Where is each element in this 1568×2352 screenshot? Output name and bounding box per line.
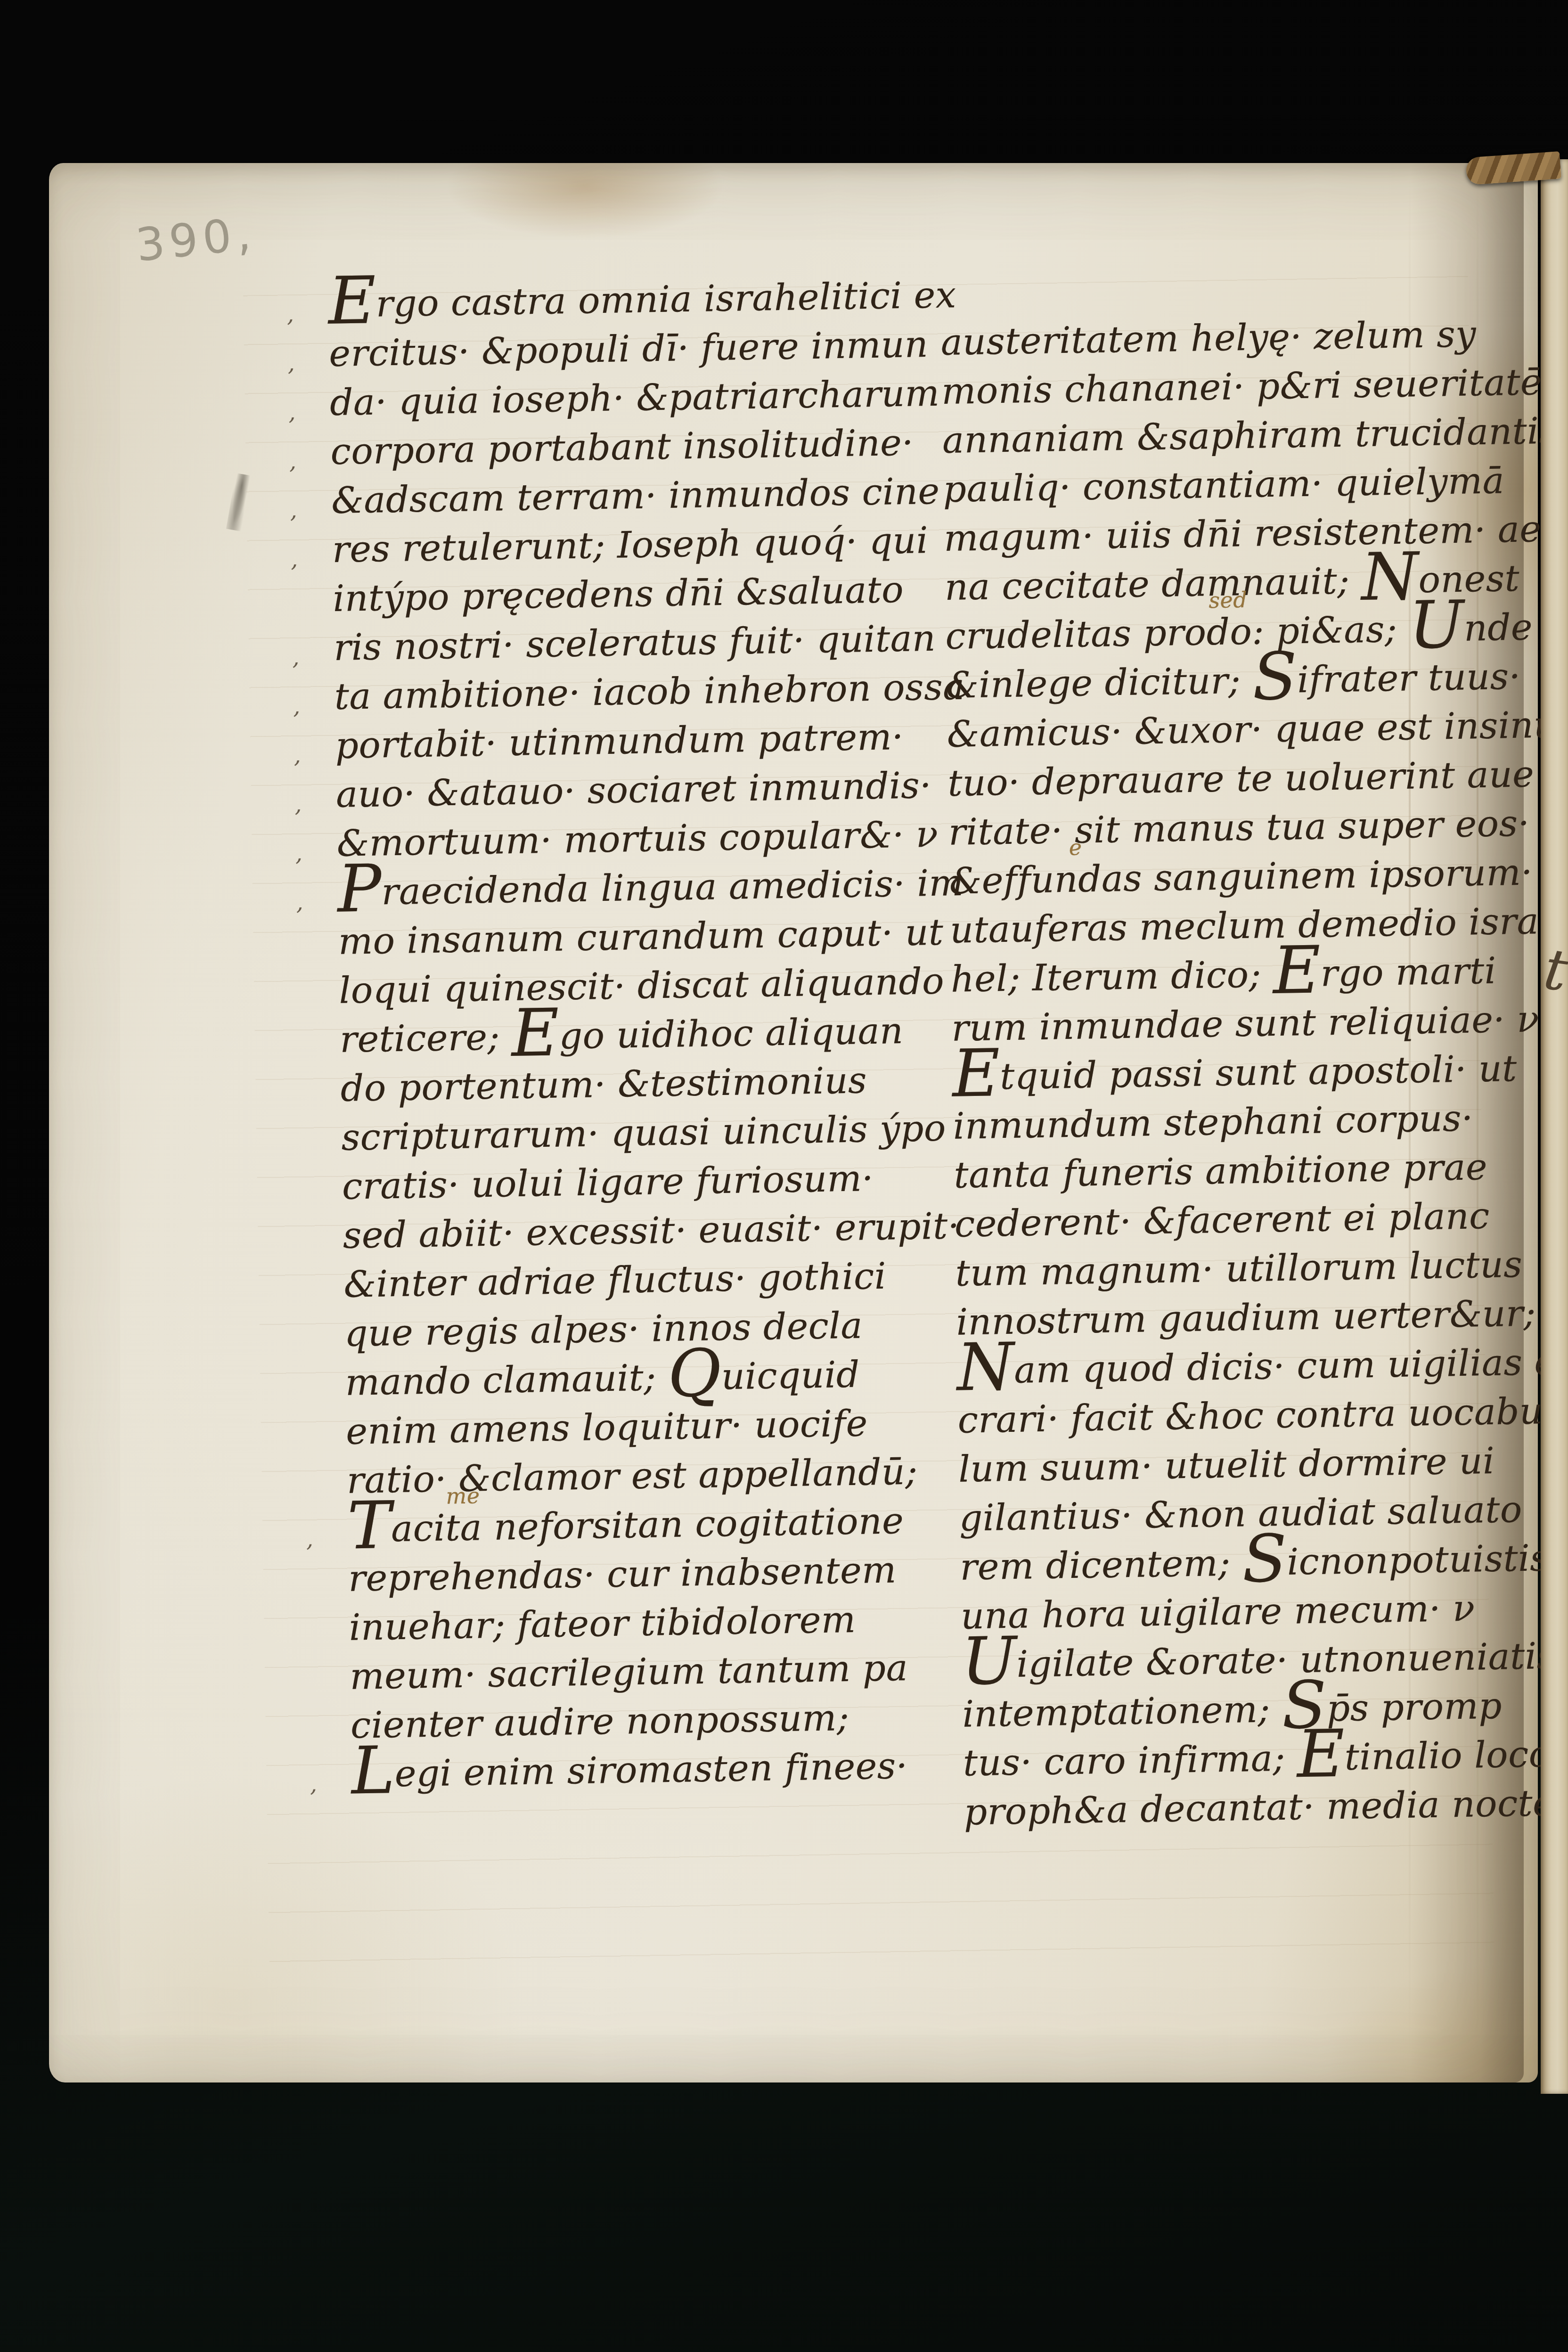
- manuscript-line: rem dicentem; Sicnonpotuistis: [960, 1534, 1540, 1592]
- manuscript-line: intemptationem; Sp̄s promp: [962, 1681, 1542, 1739]
- margin-punctuation-mark: ,: [294, 731, 302, 780]
- manuscript-line: annaniam &saphiram trucidantis·: [942, 408, 1522, 465]
- enlarged-initial: N: [956, 1329, 1015, 1406]
- manuscript-line: Legi enim siromasten finees·: [351, 1741, 950, 1800]
- manuscript-line: que regis alpes· innos decla: [344, 1300, 943, 1359]
- manuscript-line: una hora uigilare mecum· ν: [960, 1583, 1540, 1641]
- enlarged-initial: E: [1272, 931, 1321, 1009]
- manuscript-line: sed abiit· excessit· euasit· erupit·: [343, 1202, 941, 1261]
- margin-punctuation-mark: ,: [296, 878, 304, 927]
- text-column-right: austeritatem helyę· zelum symonis chanan…: [940, 310, 1543, 1837]
- manuscript-line: &inlege dicitur; Sifrater tuus·: [946, 653, 1526, 710]
- margin-punctuation-mark: ,: [290, 535, 298, 584]
- manuscript-line: meum· sacrilegium tantum pa: [350, 1643, 948, 1702]
- manuscript-line: enim amens loquitur· uocife: [346, 1398, 945, 1457]
- manuscript-line: cratis· uolui ligare furiosum·: [342, 1153, 940, 1212]
- manuscript-line: loqui quinescit· discat aliquando: [339, 957, 938, 1016]
- enlarged-initial: P: [337, 850, 382, 927]
- manuscript-line: portabit· utinmundum patrem·: [335, 712, 934, 771]
- manuscript-line: mo insanum curandum caput· ut: [338, 908, 937, 967]
- margin-punctuation-mark: ,: [292, 633, 300, 682]
- enlarged-initial: S: [1252, 638, 1298, 715]
- manuscript-line: scripturarum· quasi uinculis ýpo: [341, 1104, 940, 1163]
- manuscript-line: res retulerunt; Ioseph quoq́· qui: [332, 516, 931, 575]
- manuscript-line: crari· facit &hoc contra uocabu: [957, 1387, 1537, 1445]
- manuscript-line: Etquid passi sunt apostoli· ut: [952, 1044, 1532, 1102]
- manuscript-line: tum magnum· utillorum luctus: [955, 1240, 1535, 1298]
- manuscript-line: tuo· deprauare te uoluerint aue: [947, 751, 1527, 808]
- margin-punctuation-mark: ,: [288, 388, 296, 437]
- enlarged-initial: L: [351, 1732, 395, 1809]
- enlarged-initial: E: [511, 994, 560, 1071]
- manuscript-line: Nam quod dicis· cum uigilias exe: [956, 1338, 1536, 1396]
- enlarged-initial: E: [1296, 1715, 1345, 1793]
- text-column-left: Ergo castra omnia israhelitici exercitus…: [328, 271, 950, 1800]
- interlinear-correction: e: [1069, 836, 1082, 858]
- manuscript-line: innostrum gaudium uerter&ur; ν: [956, 1289, 1536, 1347]
- manuscript-line: Uigilate &orate· utnonueniatis: [961, 1632, 1541, 1690]
- manuscript-line: Tacita neforsitan cogitatione: [347, 1496, 946, 1555]
- manuscript-line: Praecidenda lingua amedicis· im: [337, 859, 936, 918]
- manuscript-line: ercitus· &populi dī· fuere inmun: [329, 320, 928, 379]
- margin-punctuation-mark: ,: [287, 339, 295, 388]
- margin-punctuation-mark: ,: [295, 829, 303, 878]
- margin-punctuation-mark: ,: [294, 780, 302, 829]
- manuscript-line: magum· uiis dn̄i resistentem· aeter: [944, 506, 1524, 563]
- manuscript-line: reticere; Ego uidihoc aliquan: [340, 1006, 939, 1065]
- manuscript-line: lum suum· utuelit dormire ui: [958, 1436, 1538, 1494]
- manuscript-line: reprehendas· cur inabsentem: [348, 1545, 947, 1604]
- margin-punctuation-mark: ,: [289, 437, 297, 486]
- manuscript-line: auo· &atauo· sociaret inmundis·: [335, 761, 934, 820]
- interlinear-correction: sed: [1209, 589, 1247, 611]
- enlarged-initial: Q: [667, 1335, 722, 1412]
- manuscript-line: ritate· sit manus tua super eos·: [948, 800, 1528, 857]
- manuscript-line: monis chananei· p&ri seueritatē;: [941, 359, 1521, 416]
- manuscript-line: cienter audire nonpossum;: [350, 1692, 949, 1751]
- manuscript-line: da· quia ioseph· &patriarcharum: [329, 369, 928, 428]
- margin-punctuation-mark: ,: [310, 1760, 318, 1809]
- manuscript-line: &effundas sanguinem ipsorum·: [949, 849, 1529, 906]
- manuscript-line: &adscam terram· inmundos cine: [331, 467, 930, 526]
- margin-punctuation-mark: ,: [306, 1515, 314, 1564]
- manuscript-line: hel; Iterum dico; Ergo marti: [950, 947, 1530, 1004]
- margin-punctuation-mark: ,: [286, 290, 294, 339]
- manuscript-line: &amicus· &uxor· quae est insinu: [947, 702, 1527, 759]
- manuscript-line: tus· caro infirma; Etinalio loco: [963, 1730, 1543, 1788]
- margin-punctuation-mark: ,: [290, 486, 298, 535]
- manuscript-line: rum inmundae sunt reliquiae· ν: [951, 996, 1531, 1053]
- margin-punctuation-mark: ,: [293, 682, 301, 731]
- enlarged-initial: U: [961, 1623, 1017, 1700]
- interlinear-correction: me: [446, 1485, 480, 1507]
- enlarged-initial: E: [327, 262, 376, 339]
- manuscript-line: proph&a decantat· media nocte: [964, 1779, 1543, 1837]
- enlarged-initial: E: [952, 1035, 1001, 1112]
- manuscript-line: intýpo pręcedens dn̄i &saluato: [333, 565, 931, 624]
- manuscript-line: pauliq· constantiam· quielymā: [943, 457, 1523, 514]
- manuscript-line: corpora portabant insolitudine·: [330, 418, 929, 477]
- manuscript-line: &mortuum· mortuis copular&· ν: [336, 810, 935, 869]
- manuscript-photo: { "page": { "folio_number": "390,", "bac…: [0, 0, 1568, 2352]
- manuscript-line: inmundum stephani corpus·: [953, 1093, 1533, 1151]
- enlarged-initial: U: [1408, 586, 1464, 663]
- manuscript-line: ta ambitione· iacob inhebron ossa: [334, 663, 933, 722]
- manuscript-line: cederent· &facerent ei planc: [954, 1191, 1534, 1249]
- manuscript-line: austeritatem helyę· zelum sy: [940, 310, 1520, 367]
- next-folio-text-fragment: t: [1540, 936, 1568, 1004]
- enlarged-initial: S: [1241, 1520, 1287, 1597]
- manuscript-line: ris nostri· sceleratus fuit· quitan: [333, 614, 932, 673]
- manuscript-line: ratio· &clamor est appellandū;: [346, 1447, 945, 1506]
- enlarged-initial: T: [347, 1487, 392, 1564]
- manuscript-line: utauferas meclum demedio isra: [950, 898, 1530, 955]
- manuscript-line: mando clamauit; Quicquid: [345, 1349, 944, 1408]
- next-folio-edge: t: [1541, 159, 1568, 2094]
- manuscript-line: inuehar; fateor tibidolorem: [349, 1594, 947, 1653]
- manuscript-line: &inter adriae fluctus· gothici: [343, 1251, 942, 1310]
- manuscript-line: do portentum· &testimonius: [340, 1055, 939, 1114]
- manuscript-line: Ergo castra omnia israhelitici ex: [328, 271, 927, 330]
- manuscript-line: tanta funeris ambitione prae: [954, 1142, 1534, 1200]
